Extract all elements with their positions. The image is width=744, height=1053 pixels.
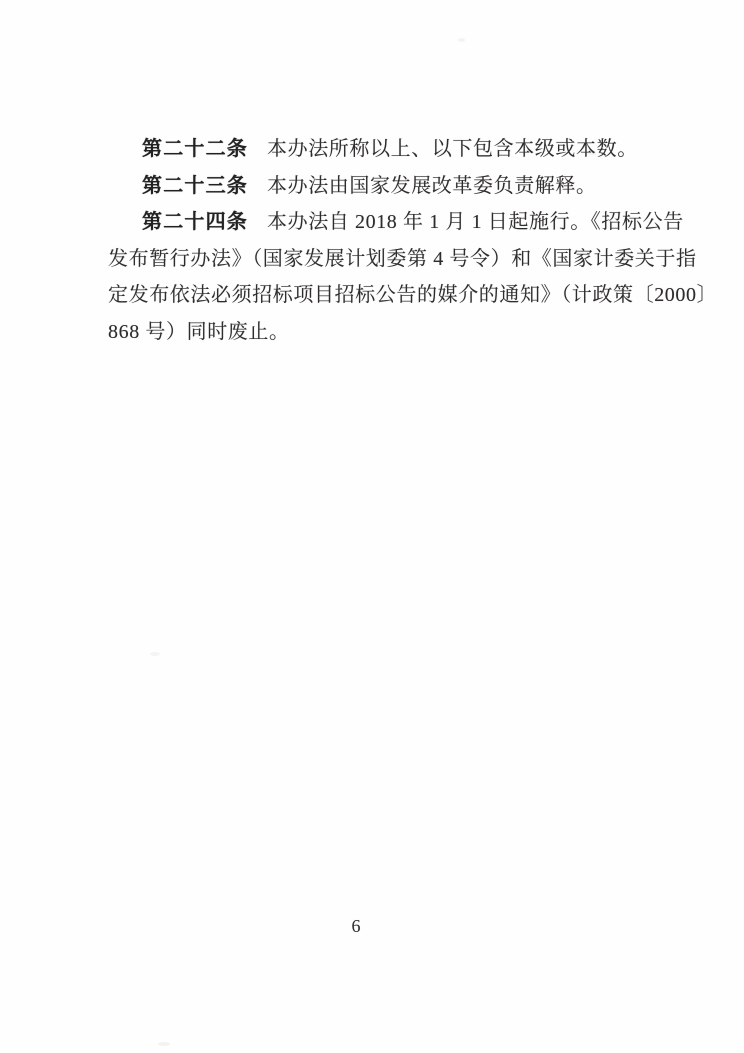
article-24-text-2: 发布暂行办法》（国家发展计划委第 4 号令）和《国家计委关于指 [108,248,697,270]
scan-speck [458,38,465,42]
article-24-line-3: 定发布依法必须招标项目招标公告的媒介的通知》（计政策〔2000〕 [108,277,664,314]
article-22-line: 第二十二条本办法所称以上、以下包含本级或本数。 [108,131,664,168]
article-24-number: 第二十四条 [142,211,248,233]
article-24-line-1: 第二十四条本办法自 2018 年 1 月 1 日起施行。《招标公告 [108,204,664,241]
article-24-line-4: 868 号）同时废止。 [108,314,664,351]
document-body: 第二十二条本办法所称以上、以下包含本级或本数。 第二十三条本办法由国家发展改革委… [108,131,664,350]
article-24-line-2: 发布暂行办法》（国家发展计划委第 4 号令）和《国家计委关于指 [108,241,664,278]
article-24-text-3: 定发布依法必须招标项目招标公告的媒介的通知》（计政策〔2000〕 [108,284,717,306]
article-23-number: 第二十三条 [142,175,248,197]
scan-speck [150,652,160,656]
article-24-text-1: 本办法自 2018 年 1 月 1 日起施行。《招标公告 [267,211,684,233]
scan-speck [158,1042,170,1046]
article-22-number: 第二十二条 [142,138,248,160]
article-23-text: 本办法由国家发展改革委负责解释。 [267,175,597,197]
article-22-text: 本办法所称以上、以下包含本级或本数。 [267,138,638,160]
scanned-document-page: 第二十二条本办法所称以上、以下包含本级或本数。 第二十三条本办法由国家发展改革委… [0,0,744,1053]
article-24-text-4: 868 号）同时废止。 [108,321,290,343]
page-number: 6 [0,916,712,937]
article-23-line: 第二十三条本办法由国家发展改革委负责解释。 [108,168,664,205]
